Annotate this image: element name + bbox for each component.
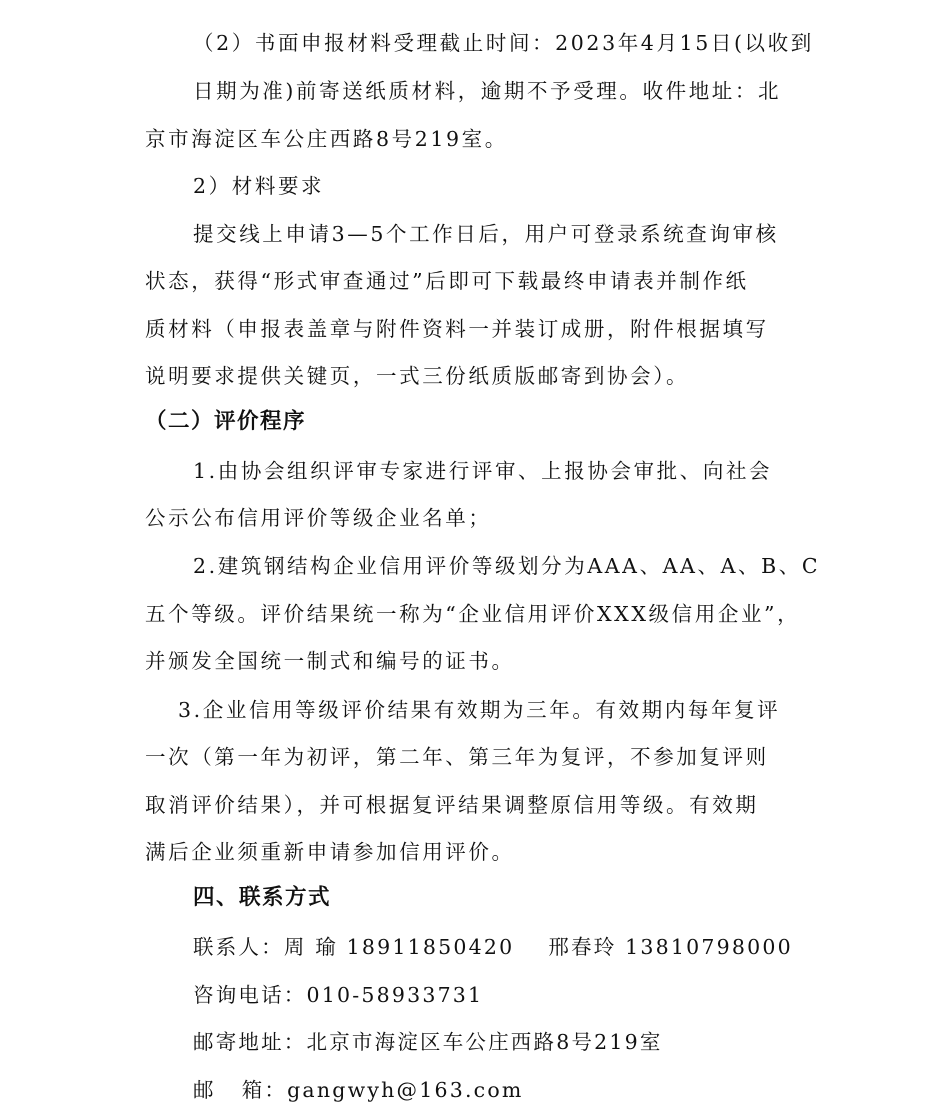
contact2-name: 邢春玲 (548, 935, 616, 959)
procedure-item2-line-3: 并颁发全国统一制式和编号的证书。 (145, 648, 805, 674)
contact-heading: 四、联系方式 (193, 885, 853, 911)
email-value: gangwyh@163.com (287, 1078, 523, 1102)
address-value: 北京市海淀区车公庄西路8号219室 (307, 1030, 663, 1054)
address-line: 邮寄地址：北京市海淀区车公庄西路8号219室 (193, 1029, 853, 1055)
materials-line-1: 提交线上申请3—5个工作日后，用户可登录系统查询审核 (193, 221, 853, 247)
procedure-item1-line-1: 1.由协会组织评审专家进行评审、上报协会审批、向社会 (193, 458, 853, 484)
materials-line-2: 状态，获得“形式审查通过”后即可下载最终申请表并制作纸 (145, 268, 805, 294)
procedure-item3-line-4: 满后企业须重新申请参加信用评价。 (145, 839, 805, 865)
procedure-item2-line-2: 五个等级。评价结果统一称为“企业信用评价XXX级信用企业”， (145, 601, 805, 627)
contact2-phone: 13810798000 (625, 935, 793, 959)
procedure-item3-line-1: 3.企业信用等级评价结果有效期为三年。有效期内每年复评 (178, 697, 838, 723)
deadline-line-2: 日期为准)前寄送纸质材料，逾期不予受理。收件地址：北 (193, 78, 853, 104)
email-label-2: 箱： (242, 1078, 287, 1102)
contact1-phone: 18911850420 (347, 935, 515, 959)
email-line: 邮箱：gangwyh@163.com (193, 1077, 853, 1103)
consult-phone-line: 咨询电话：010-58933731 (193, 982, 853, 1008)
document-page: （2）书面申报材料受理截止时间：2023年4月15日(以收到 日期为准)前寄送纸… (0, 0, 945, 1119)
procedure-item1-line-2: 公示公布信用评价等级企业名单； (145, 505, 805, 531)
deadline-line-1: （2）书面申报材料受理截止时间：2023年4月15日(以收到 (193, 30, 853, 56)
address-label: 邮寄地址： (193, 1030, 307, 1054)
procedure-heading: （二）评价程序 (145, 409, 805, 435)
materials-line-3: 质材料（申报表盖章与附件资料一并装订成册，附件根据填写 (145, 316, 805, 342)
phone-label: 咨询电话： (193, 983, 307, 1007)
materials-title: 2）材料要求 (193, 173, 853, 199)
materials-line-4: 说明要求提供关键页，一式三份纸质版邮寄到协会）。 (145, 363, 805, 389)
deadline-line-3: 京市海淀区车公庄西路8号219室。 (145, 126, 805, 152)
contact1-name: 周 瑜 (284, 935, 338, 959)
contact-persons-line: 联系人：周 瑜 18911850420邢春玲 13810798000 (193, 934, 853, 960)
procedure-item2-line-1: 2.建筑钢结构企业信用评价等级划分为AAA、AA、A、B、C (193, 553, 853, 579)
email-label-1: 邮 (193, 1078, 216, 1102)
procedure-item3-line-2: 一次（第一年为初评，第二年、第三年为复评，不参加复评则 (145, 744, 805, 770)
contacts-label: 联系人： (193, 935, 284, 959)
procedure-item3-line-3: 取消评价结果），并可根据复评结果调整原信用等级。有效期 (145, 792, 805, 818)
phone-value: 010-58933731 (307, 983, 484, 1007)
